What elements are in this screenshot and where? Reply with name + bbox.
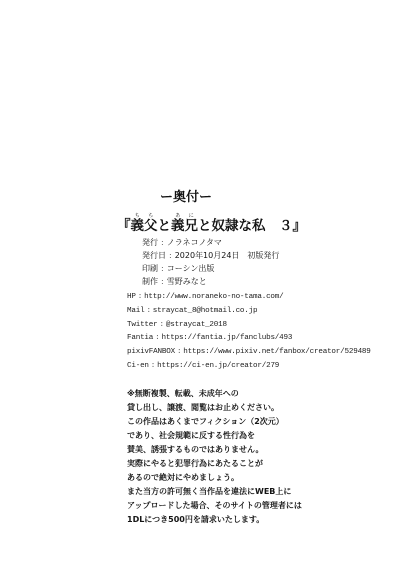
link-label: Twitter	[127, 321, 158, 329]
title-close-bracket: 』	[293, 218, 307, 234]
title-open-bracket: 『	[117, 218, 131, 234]
notice-line: 貸し出し、譲渡、閲覧はお止めください。	[127, 401, 302, 415]
twitter-handle[interactable]: @straycat_2018	[166, 321, 227, 329]
info-value: コーシン出版	[167, 264, 215, 273]
colophon-heading: ー奥付ー	[0, 190, 372, 206]
title-particle: と	[158, 218, 172, 234]
link-mail: Mail:straycat_8@hotmail.co.jp	[127, 305, 371, 319]
notice-line: また当方の許可無く当作品を違法にWEB上に	[127, 485, 302, 499]
title-word-gikei: 義兄あに	[171, 218, 198, 234]
notice-line: 1DLにつき500円を請求いたします。	[127, 513, 302, 527]
homepage-url[interactable]: http://www.noraneko-no-tama.com/	[144, 293, 283, 301]
link-label: Fantia	[127, 334, 153, 342]
info-publisher: 発行:ノラネコノタマ	[142, 236, 279, 249]
info-label: 発行	[142, 238, 158, 247]
link-ci-en: Ci-en:https://ci-en.jp/creator/279	[127, 360, 371, 374]
link-label: HP	[127, 293, 136, 301]
info-label: 印刷	[142, 264, 158, 273]
book-title: 『義父ちちと義兄あにと奴隷な私 ３』	[117, 213, 306, 235]
fantia-url[interactable]: https://fantia.jp/fanclubs/493	[162, 334, 293, 342]
link-homepage: HP:http://www.noraneko-no-tama.com/	[127, 291, 371, 305]
info-value: 2020年10月24日 初版発行	[175, 251, 280, 260]
notice-line: ※無断複製、転載、未成年への	[127, 387, 302, 401]
title-rest: と奴隷な私 ３	[198, 218, 293, 234]
info-printer: 印刷:コーシン出版	[142, 262, 279, 275]
info-value: 雪野みなと	[167, 277, 207, 286]
info-label: 制作	[142, 277, 158, 286]
contact-links: HP:http://www.noraneko-no-tama.com/ Mail…	[127, 291, 371, 374]
title-word-gifu: 義父ちち	[131, 218, 158, 234]
ci-en-url[interactable]: https://ci-en.jp/creator/279	[157, 362, 279, 370]
furigana-ani: あに	[171, 213, 198, 219]
link-label: Mail	[127, 307, 144, 315]
info-label: 発行日	[142, 251, 166, 260]
notice-line: 賛美、誘張するものではありません。	[127, 443, 302, 457]
link-twitter: Twitter:@straycat_2018	[127, 319, 371, 333]
notice-line: この作品はあくまでフィクション（2次元）	[127, 415, 302, 429]
notice-line: アップロードした場合、そのサイトの管理者には	[127, 499, 302, 513]
notice-line: あるので絶対にやめましょう。	[127, 471, 302, 485]
colophon-page: ー奥付ー 『義父ちちと義兄あにと奴隷な私 ３』 発行:ノラネコノタマ 発行日:2…	[0, 0, 400, 565]
link-pixiv-fanbox: pixivFANBOX:https://www.pixiv.net/fanbox…	[127, 346, 371, 360]
info-producer: 制作:雪野みなと	[142, 275, 279, 288]
info-value: ノラネコノタマ	[167, 238, 222, 247]
info-publish-date: 発行日:2020年10月24日 初版発行	[142, 249, 279, 262]
furigana-chichi: ちち	[131, 213, 158, 219]
link-fantia: Fantia:https://fantia.jp/fanclubs/493	[127, 332, 371, 346]
mail-address[interactable]: straycat_8@hotmail.co.jp	[153, 307, 258, 315]
link-label: Ci-en	[127, 362, 149, 370]
fanbox-url[interactable]: https://www.pixiv.net/fanbox/creator/529…	[183, 348, 370, 356]
copyright-notice: ※無断複製、転載、未成年への 貸し出し、譲渡、閲覧はお止めください。 この作品は…	[127, 387, 302, 527]
notice-line: であり、社会規範に反する性行為を	[127, 429, 302, 443]
link-label: pixivFANBOX	[127, 348, 175, 356]
publication-info: 発行:ノラネコノタマ 発行日:2020年10月24日 初版発行 印刷:コーシン出…	[142, 236, 279, 288]
notice-line: 実際にやると犯罪行為にあたることが	[127, 457, 302, 471]
